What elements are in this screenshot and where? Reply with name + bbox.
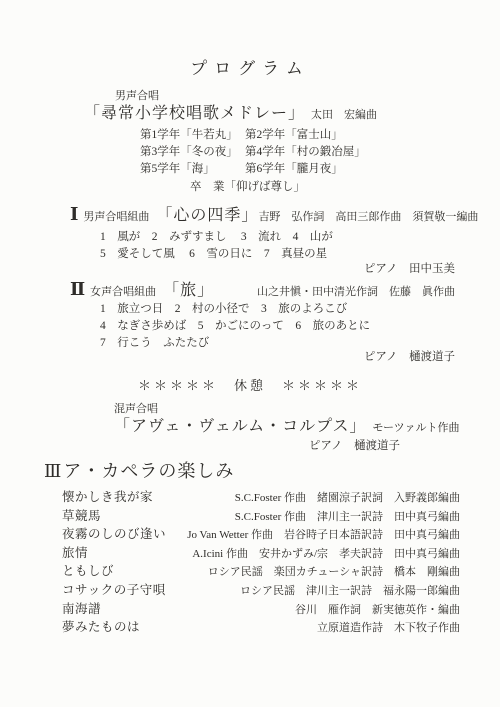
song-line: 1 風が 2 みずすまし 3 流れ 4 山が — [100, 229, 333, 246]
section3-heading-text: ア・カペラの楽しみ — [63, 461, 234, 481]
song-title: コサックの子守唄 — [62, 580, 166, 598]
graduation-song-line: 卒 業「仰げば尊し」 — [190, 178, 305, 194]
section3-numeral: Ⅲ — [44, 461, 62, 481]
section1-piano-credit: ピアノ 田中玉美 — [364, 260, 455, 276]
section2-song-list: 1 旅立つ日 2 村の小径で 3 旅のよろこび 4 なぎさ歩めば 5 かごにのっ… — [100, 301, 370, 352]
song-credit: 立原道造作詩 木下牧子作曲 — [317, 619, 460, 635]
mixed-composer-credit: モーツァルト作曲 — [372, 422, 459, 434]
section2-numeral: Ⅱ — [70, 279, 85, 300]
opening-piece-line: 「尋常小学校唱歌メドレー」太田 宏編曲 — [84, 100, 377, 123]
song-credit: Jo Van Wetter 作曲 岩谷時子日本語訳詩 田中真弓編曲 — [187, 526, 460, 542]
song-credit: ロシア民謡 津川主一訳詩 福永陽一郎編曲 — [240, 582, 460, 598]
grade-row: 第1学年「牛若丸」第2学年「富士山」 — [140, 127, 366, 144]
song-line: 7 行こう ふたたび — [100, 335, 370, 352]
section2-piano-credit: ピアノ 樋渡道子 — [364, 348, 455, 364]
grade-item: 第3学年「冬の夜」 — [140, 144, 245, 161]
intermission-line: ＊＊＊＊＊ 休憩 ＊＊＊＊＊ — [0, 375, 500, 394]
section2-ensemble-label: 女声合唱組曲 — [90, 283, 156, 299]
song-row: 懐かしき我が家 S.C.Foster 作曲 緒園涼子訳詞 入野義郎編曲 — [62, 487, 460, 506]
song-credit: 谷川 雁作詞 新実徳英作・編曲 — [295, 601, 460, 617]
grade-row: 第5学年「海」第6学年「朧月夜」 — [140, 161, 366, 178]
song-title: ともしび — [62, 561, 114, 579]
song-title: 夜霧のしのび逢い — [62, 524, 166, 542]
section2-credits: 山之井愼・田中清光作詞 佐藤 眞作曲 — [257, 283, 455, 299]
song-title: 旅情 — [62, 543, 88, 561]
mixed-piece-title: 「アヴェ・ヴェルム・コルプス」 — [114, 418, 366, 435]
song-row: 旅情 A.Icini 作曲 安井かずみ/宗 孝夫訳詩 田中真弓編曲 — [62, 543, 460, 562]
song-credit: ロシア民謡 楽団カチューシャ訳詩 橋本 剛編曲 — [208, 563, 460, 579]
song-row: ともしび ロシア民謡 楽団カチューシャ訳詩 橋本 剛編曲 — [62, 561, 460, 580]
section2-piece-title: 「旅」 — [163, 277, 214, 300]
song-line: 1 旅立つ日 2 村の小径で 3 旅のよろこび — [100, 301, 370, 318]
song-credit: S.C.Foster 作曲 津川主一訳詩 田中真弓編曲 — [235, 508, 460, 524]
song-line: 4 なぎさ歩めば 5 かごにのって 6 旅のあとに — [100, 318, 370, 335]
grade-row: 第3学年「冬の夜」第4学年「村の鍛冶屋」 — [140, 144, 366, 161]
song-row: 南海譜 谷川 雁作詞 新実徳英作・編曲 — [62, 599, 460, 618]
song-credit: S.C.Foster 作曲 緒園涼子訳詞 入野義郎編曲 — [235, 489, 460, 505]
song-title: 南海譜 — [62, 599, 101, 617]
opening-piece-title: 「尋常小学校唱歌メドレー」 — [84, 105, 305, 122]
song-title: 夢みたものは — [62, 617, 140, 635]
song-row: 草競馬 S.C.Foster 作曲 津川主一訳詩 田中真弓編曲 — [62, 506, 460, 525]
song-title: 懐かしき我が家 — [62, 487, 153, 505]
section2-header: Ⅱ 女声合唱組曲 「旅」 山之井愼・田中清光作詞 佐藤 眞作曲 — [70, 277, 455, 300]
grade-item: 第5学年「海」 — [140, 161, 245, 178]
acappella-song-table: 懐かしき我が家 S.C.Foster 作曲 緒園涼子訳詞 入野義郎編曲 草競馬 … — [62, 487, 460, 636]
song-row: 夜霧のしのび逢い Jo Van Wetter 作曲 岩谷時子日本語訳詩 田中真弓… — [62, 524, 460, 543]
section1-piece-title: 「心の四季」 — [156, 202, 258, 225]
grade-item: 第2学年「富士山」 — [245, 129, 343, 141]
page-title: プログラム — [0, 54, 500, 79]
section1-numeral: Ⅰ — [70, 204, 78, 225]
song-credit: A.Icini 作曲 安井かずみ/宗 孝夫訳詩 田中真弓編曲 — [192, 545, 460, 561]
section3-heading: Ⅲア・カペラの楽しみ — [44, 457, 234, 483]
mixed-piano-credit: ピアノ 樋渡道子 — [309, 437, 400, 453]
song-line: 5 愛そして風 6 雪の日に 7 真昼の星 — [100, 246, 333, 263]
grade-item: 第6学年「朧月夜」 — [245, 163, 343, 175]
grade-song-list: 第1学年「牛若丸」第2学年「富士山」 第3学年「冬の夜」第4学年「村の鍛冶屋」 … — [140, 127, 366, 178]
concert-program-page: プログラム 男声合唱 「尋常小学校唱歌メドレー」太田 宏編曲 第1学年「牛若丸」… — [0, 0, 500, 707]
song-row: 夢みたものは 立原道造作詩 木下牧子作曲 — [62, 617, 460, 636]
song-title: 草競馬 — [62, 506, 101, 524]
section1-ensemble-label: 男声合唱組曲 — [83, 208, 149, 224]
grade-item: 第4学年「村の鍛冶屋」 — [245, 146, 366, 158]
song-row: コサックの子守唄 ロシア民謡 津川主一訳詩 福永陽一郎編曲 — [62, 580, 460, 599]
section1-header: Ⅰ 男声合唱組曲 「心の四季」 吉野 弘作詞 高田三郎作曲 須賀敬一編曲 — [70, 202, 455, 225]
mixed-piece-line: 「アヴェ・ヴェルム・コルプス」モーツァルト作曲 — [114, 413, 459, 436]
opening-arranger-credit: 太田 宏編曲 — [311, 109, 377, 121]
section1-song-list: 1 風が 2 みずすまし 3 流れ 4 山が 5 愛そして風 6 雪の日に 7 … — [100, 229, 333, 263]
section1-credits: 吉野 弘作詞 高田三郎作曲 須賀敬一編曲 — [258, 208, 478, 224]
grade-item: 第1学年「牛若丸」 — [140, 127, 245, 144]
